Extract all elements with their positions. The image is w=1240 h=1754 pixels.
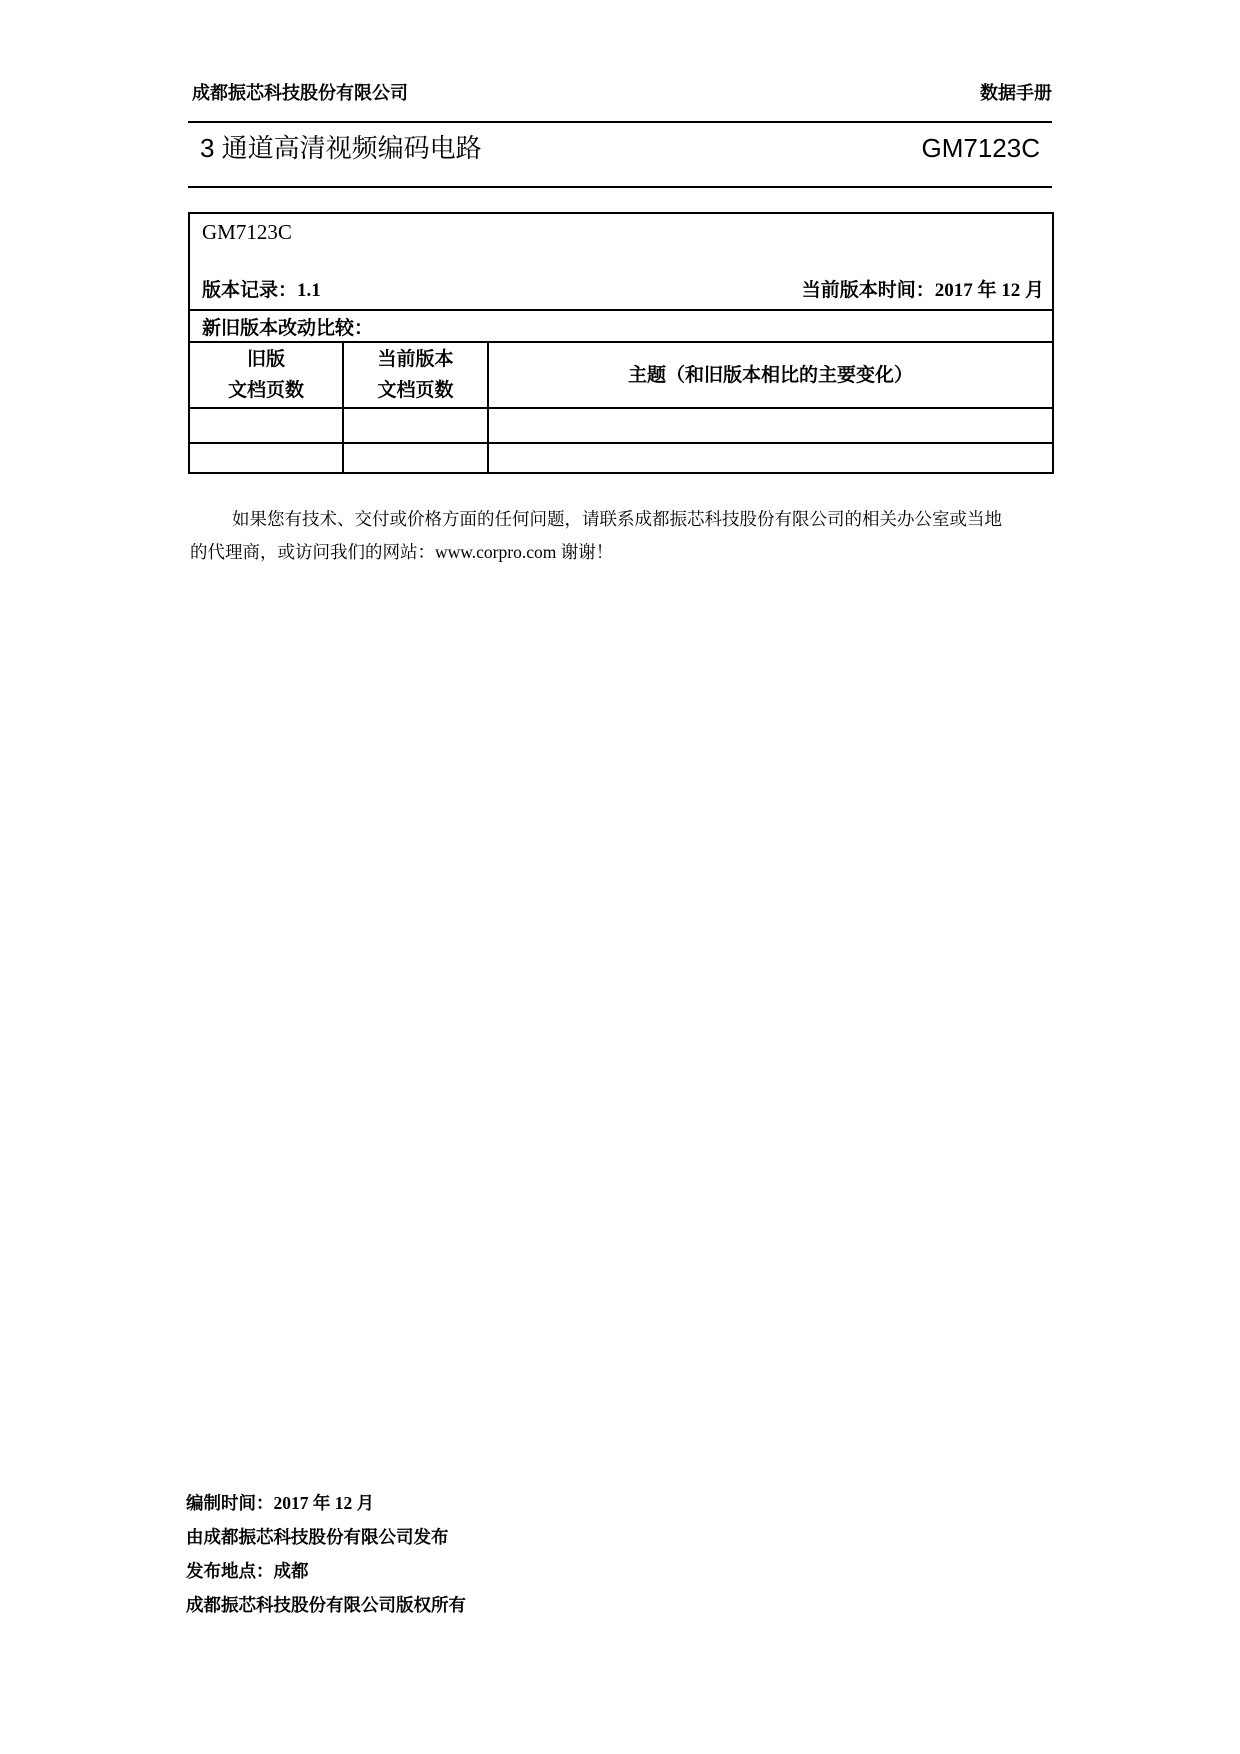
title-divider: [188, 186, 1052, 188]
part-number: GM7123C: [922, 133, 1041, 163]
empty-table-row: [189, 443, 1053, 473]
col-header-current-version-pages: 当前版本 文档页数: [343, 342, 488, 408]
paragraph-line: 的代理商，或访问我们的网站：www.corpro.com 谢谢！: [190, 536, 1052, 569]
footer-publish-place: 发布地点：成都: [186, 1554, 466, 1588]
page-header: 成都振芯科技股份有限公司 数据手册: [192, 82, 1052, 104]
revision-table: GM7123C 版本记录：1.1 当前版本时间：2017 年 12 月 新旧版本…: [188, 212, 1054, 474]
contact-paragraph: 如果您有技术、交付或价格方面的任何问题，请联系成都振芯科技股份有限公司的相关办公…: [190, 503, 1052, 569]
page-title: 3 通道高清视频编码电路: [200, 133, 482, 163]
paragraph-line: 如果您有技术、交付或价格方面的任何问题，请联系成都振芯科技股份有限公司的相关办公…: [190, 503, 1052, 536]
table-part-number: GM7123C: [202, 220, 1044, 244]
table-row: 新旧版本改动比较：: [189, 310, 1053, 342]
empty-cell: [189, 408, 343, 443]
publisher-footer: 编制时间：2017 年 12 月 由成都振芯科技股份有限公司发布 发布地点：成都…: [186, 1486, 466, 1622]
empty-cell: [189, 443, 343, 473]
empty-cell: [343, 443, 488, 473]
footer-copyright: 成都振芯科技股份有限公司版权所有: [186, 1588, 466, 1622]
col-header-old-version-pages: 旧版 文档页数: [189, 342, 343, 408]
datasheet-page: 成都振芯科技股份有限公司 数据手册 3 通道高清视频编码电路 GM7123C G…: [0, 0, 1240, 1754]
header-divider: [188, 121, 1052, 123]
empty-cell: [488, 408, 1053, 443]
doc-type-label: 数据手册: [980, 82, 1052, 104]
version-date: 当前版本时间：2017 年 12 月: [802, 280, 1044, 302]
col-header-subject: 主题（和旧版本相比的主要变化）: [488, 342, 1053, 408]
company-name: 成都振芯科技股份有限公司: [192, 82, 408, 104]
table-row: GM7123C 版本记录：1.1 当前版本时间：2017 年 12 月: [189, 213, 1053, 310]
empty-cell: [488, 443, 1053, 473]
version-record: 版本记录：1.1: [202, 280, 321, 302]
title-bar: 3 通道高清视频编码电路 GM7123C: [188, 133, 1052, 163]
empty-cell: [343, 408, 488, 443]
footer-publisher: 由成都振芯科技股份有限公司发布: [186, 1520, 466, 1554]
footer-compile-date: 编制时间：2017 年 12 月: [186, 1486, 466, 1520]
empty-table-row: [189, 408, 1053, 443]
compare-label: 新旧版本改动比较：: [189, 310, 1053, 342]
table-header-row: 旧版 文档页数 当前版本 文档页数 主题（和旧版本相比的主要变化）: [189, 342, 1053, 408]
